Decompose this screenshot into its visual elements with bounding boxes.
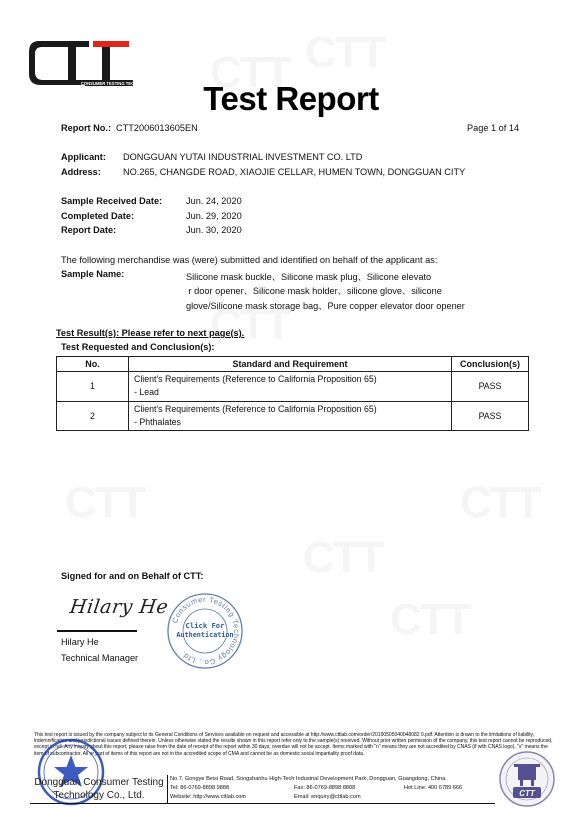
- applicant-label: Applicant:: [61, 152, 106, 162]
- report-date-value: Jun. 30, 2020: [186, 225, 242, 235]
- row-conclusion: PASS: [452, 401, 529, 431]
- test-result-note: Test Result(s): Please refer to next pag…: [56, 328, 244, 338]
- footer-company-line1: Dongguan Consumer Testing: [30, 776, 168, 789]
- svg-text:Authentication: Authentication: [176, 631, 233, 639]
- footer-tel: Tel: 86-0769-8898 9888: [170, 784, 229, 793]
- footer-web-row: Website: http://www.cttlab.com Email: en…: [170, 793, 497, 802]
- sample-intro: The following merchandise was (were) sub…: [61, 255, 437, 265]
- table-header-row: No. Standard and Requirement Conclusion(…: [57, 357, 529, 372]
- handwritten-signature: Hilary He: [68, 596, 169, 618]
- watermark: CTT: [305, 28, 385, 78]
- footer-divider: [30, 803, 495, 804]
- table-row: 2 Client's Requirements (Reference to Ca…: [57, 401, 529, 431]
- row-standard-text: Client's Requirements (Reference to Cali…: [134, 373, 451, 386]
- watermark: CTT: [65, 478, 145, 528]
- row-item-text: - Lead: [134, 386, 451, 399]
- sample-name-line: glove/Silicone mask storage bag、Pure cop…: [186, 298, 465, 312]
- sample-name-line: r door opener、Silicone mask holder、silic…: [186, 283, 442, 297]
- watermark: CTT: [303, 533, 383, 583]
- section-title: Test Requested and Conclusion(s):: [61, 342, 214, 352]
- test-result-note-text: Test Result(s): Please refer to next pag…: [56, 328, 244, 338]
- footer-email-link[interactable]: Email: enquiry@cttlab.com: [294, 793, 361, 802]
- row-no: 2: [57, 401, 129, 431]
- footer-address: No.7, Gongye Beisi Road, Songshanhu High…: [170, 775, 497, 784]
- address-label: Address:: [61, 167, 101, 177]
- footer-website-link[interactable]: Website: http://www.cttlab.com: [170, 793, 246, 802]
- watermark: CTT: [460, 478, 540, 528]
- signer-role: Technical Manager: [61, 653, 138, 663]
- signature-heading: Signed for and on Behalf of CTT:: [61, 571, 203, 581]
- footer-hotline: Hot Line: 400 6789 666: [404, 784, 462, 793]
- ctt-emblem-icon: CTT: [498, 750, 556, 808]
- footer-contact: No.7, Gongye Beisi Road, Songshanhu High…: [167, 775, 497, 803]
- sample-name-label: Sample Name:: [61, 269, 124, 279]
- report-no-label: Report No.:: [61, 123, 111, 133]
- footer-company-name: Dongguan Consumer Testing Technology Co.…: [30, 776, 168, 802]
- row-standard: Client's Requirements (Reference to Cali…: [129, 372, 452, 402]
- column-header-no: No.: [57, 357, 129, 372]
- footer-company-line2: Technology Co., Ltd.: [30, 789, 168, 802]
- column-header-conclusion: Conclusion(s): [452, 357, 529, 372]
- row-item-text: - Phthalates: [134, 416, 451, 429]
- column-header-standard: Standard and Requirement: [129, 357, 452, 372]
- disclaimer-text: This test report is issued by the compan…: [34, 732, 554, 757]
- signature-line: [57, 630, 137, 632]
- svg-text:Click For: Click For: [186, 621, 226, 630]
- footer-fax: Fax: 86-0769-8898 8808: [294, 784, 355, 793]
- authentication-seal-icon: Consumer Testing Technology Co., Ltd. Cl…: [166, 592, 244, 670]
- applicant-value: DONGGUAN YUTAI INDUSTRIAL INVESTMENT CO.…: [123, 152, 362, 162]
- results-table: No. Standard and Requirement Conclusion(…: [56, 356, 529, 431]
- ctt-emblem-seal: CTT: [498, 750, 556, 808]
- report-date-label: Report Date:: [61, 225, 116, 235]
- table-row: 1 Client's Requirements (Reference to Ca…: [57, 372, 529, 402]
- signer-name: Hilary He: [61, 637, 99, 647]
- row-standard-text: Client's Requirements (Reference to Cali…: [134, 403, 451, 416]
- address-value: NO.265, CHANGDE ROAD, XIAOJIE CELLAR, HU…: [123, 167, 465, 177]
- authentication-stamp[interactable]: Consumer Testing Technology Co., Ltd. Cl…: [166, 592, 244, 670]
- completed-date-label: Completed Date:: [61, 211, 134, 221]
- received-date-value: Jun. 24, 2020: [186, 196, 242, 206]
- row-standard: Client's Requirements (Reference to Cali…: [129, 401, 452, 431]
- completed-date-value: Jun. 29, 2020: [186, 211, 242, 221]
- report-no-value: CTT2006013605EN: [116, 123, 198, 133]
- sample-name-line: Silicone mask buckle、Silicone mask plug、…: [186, 269, 431, 283]
- page-indicator: Page 1 of 14: [467, 123, 519, 133]
- svg-text:CTT: CTT: [519, 789, 536, 798]
- page-title: Test Report: [0, 80, 582, 118]
- watermark: CTT: [390, 595, 470, 645]
- row-conclusion: PASS: [452, 372, 529, 402]
- received-date-label: Sample Received Date:: [61, 196, 162, 206]
- footer-phone-row: Tel: 86-0769-8898 9888 Fax: 86-0769-8898…: [170, 784, 497, 793]
- row-no: 1: [57, 372, 129, 402]
